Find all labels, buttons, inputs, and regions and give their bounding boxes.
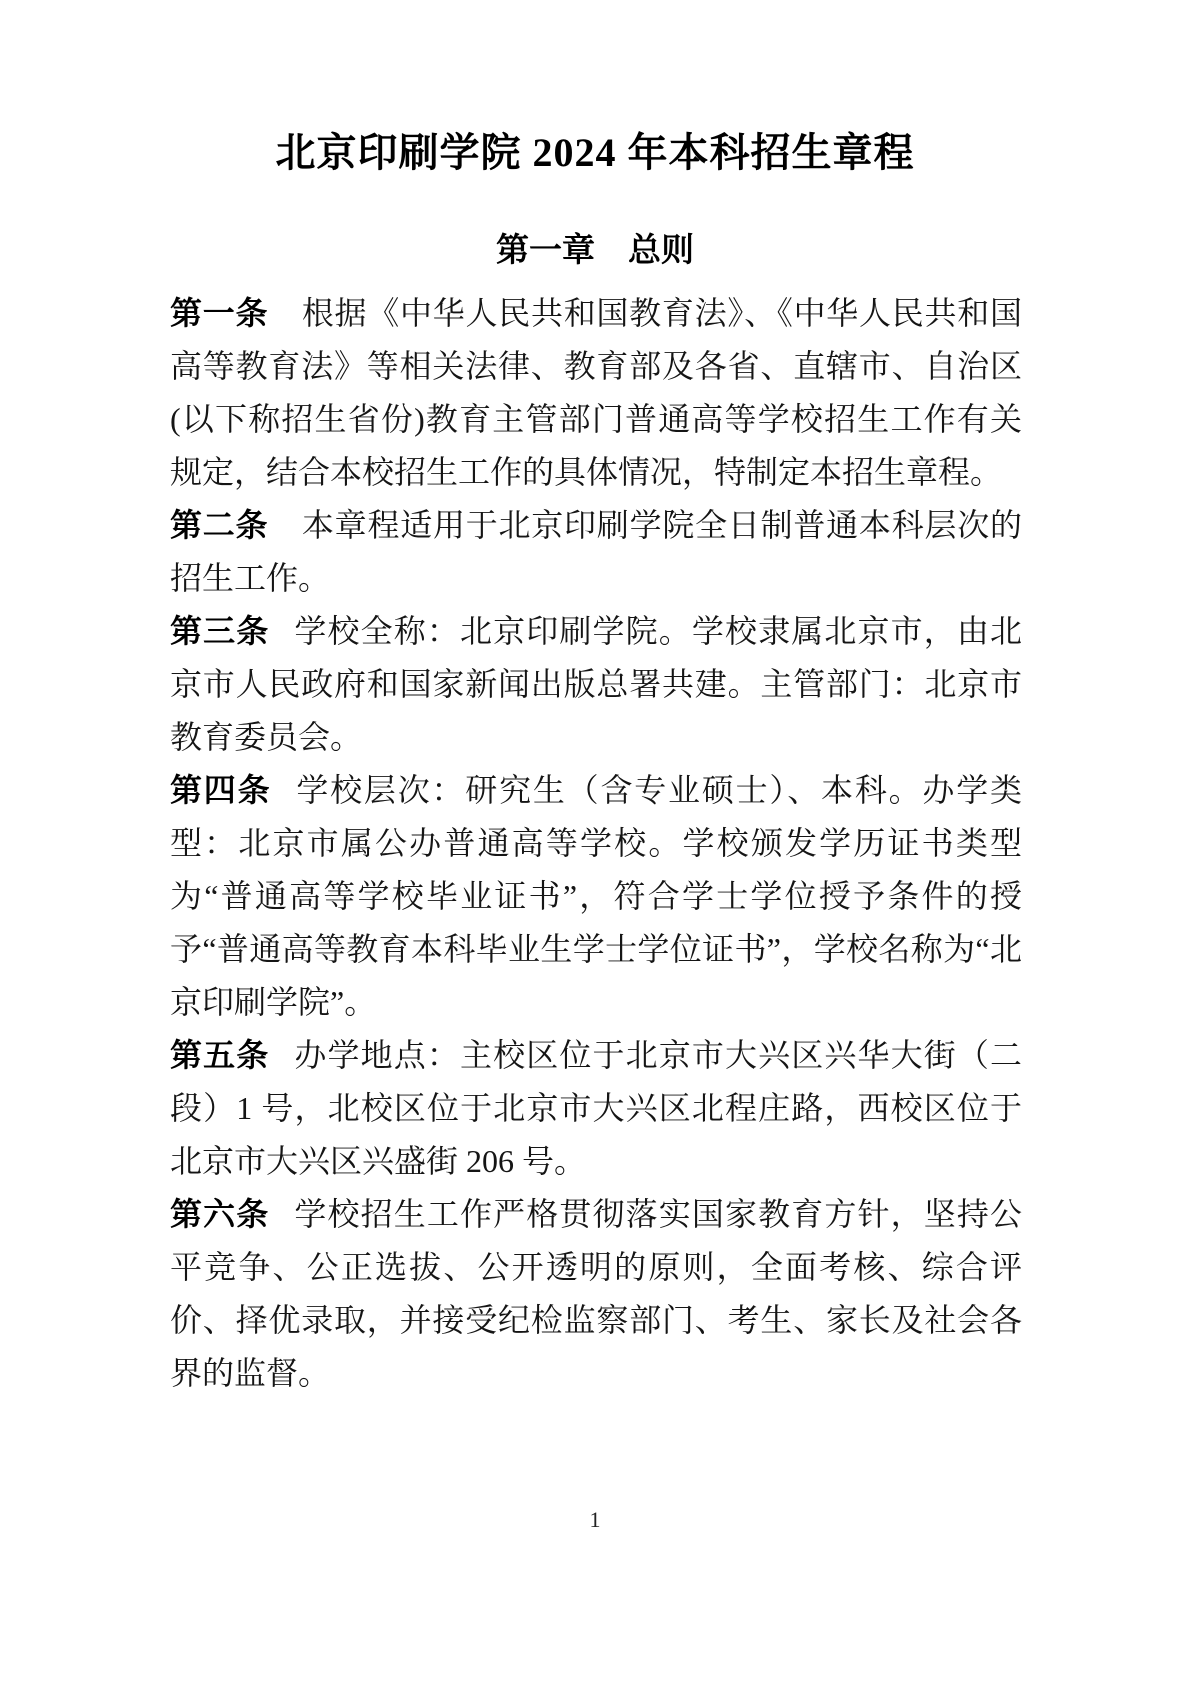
article-label-2: 第二条 [170, 507, 268, 543]
article-paragraph-5: 第五条办学地点：主校区位于北京市大兴区兴华大街（二段）1 号，北校区位于北京市大… [170, 1029, 1022, 1188]
article-paragraph-2: 第二条本章程适用于北京印刷学院全日制普通本科层次的招生工作。 [170, 499, 1022, 605]
article-label-5: 第五条 [170, 1037, 269, 1073]
page-number: 1 [0, 1507, 1190, 1533]
article-label-1: 第一条 [170, 295, 268, 331]
chapter-heading: 第一章 总则 [0, 231, 1190, 269]
article-paragraph-4: 第四条学校层次：研究生（含专业硕士）、本科。办学类型：北京市属公办普通高等学校。… [170, 764, 1022, 1029]
article-paragraph-3: 第三条学校全称：北京印刷学院。学校隶属北京市，由北京市人民政府和国家新闻出版总署… [170, 605, 1022, 764]
article-label-6: 第六条 [170, 1196, 269, 1232]
document-page: 北京印刷学院 2024 年本科招生章程 第一章 总则 第一条根据《中华人民共和国… [0, 0, 1190, 1684]
article-text-3: 学校全称：北京印刷学院。学校隶属北京市，由北京市人民政府和国家新闻出版总署共建。… [170, 613, 1022, 755]
article-text-4: 学校层次：研究生（含专业硕士）、本科。办学类型：北京市属公办普通高等学校。学校颁… [170, 772, 1022, 1020]
article-paragraph-1: 第一条根据《中华人民共和国教育法》、《中华人民共和国高等教育法》等相关法律、教育… [170, 287, 1022, 499]
document-body: 第一条根据《中华人民共和国教育法》、《中华人民共和国高等教育法》等相关法律、教育… [170, 287, 1022, 1400]
article-label-3: 第三条 [170, 613, 269, 649]
article-text-5: 办学地点：主校区位于北京市大兴区兴华大街（二段）1 号，北校区位于北京市大兴区北… [170, 1037, 1022, 1179]
article-paragraph-6: 第六条学校招生工作严格贯彻落实国家教育方针，坚持公平竞争、公正选拔、公开透明的原… [170, 1188, 1022, 1400]
article-text-1: 根据《中华人民共和国教育法》、《中华人民共和国高等教育法》等相关法律、教育部及各… [170, 295, 1022, 490]
document-title: 北京印刷学院 2024 年本科招生章程 [0, 130, 1190, 176]
article-text-6: 学校招生工作严格贯彻落实国家教育方针，坚持公平竞争、公正选拔、公开透明的原则，全… [170, 1196, 1022, 1391]
article-text-2: 本章程适用于北京印刷学院全日制普通本科层次的招生工作。 [170, 507, 1022, 596]
article-label-4: 第四条 [170, 772, 271, 808]
